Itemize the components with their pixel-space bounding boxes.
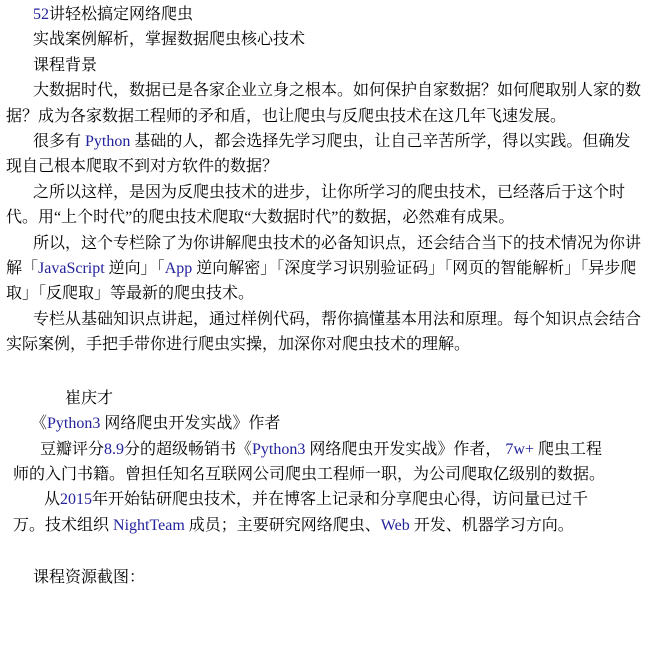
section-heading-course-resources: 课程资源截图： [6,565,644,590]
author-bio-paragraph-1: 豆瓣评分8.9分的超级畅销书《Python3 网络爬虫开发实战》作者， 7w+ … [13,437,616,488]
text-run: 之所以这样，是因为反爬虫技术的进步，让你所学习的爬虫技术，已经落后于这个时代。用… [6,184,625,226]
text-run: NightTeam [113,517,185,534]
document-page: 52讲轻松搞定网络爬虫 实战案例解析，掌握数据爬虫核心技术 课程背景 大数据时代… [0,0,650,591]
text-run: 实战案例解析，掌握数据爬虫核心技术 [33,31,305,48]
text-run: 很多有 [33,133,85,150]
text-run: 52 [33,6,49,23]
text-run: 大数据时代，数据已是各家企业立身之根本。如何保护自家数据？如何爬取别人家的数据？… [6,82,641,124]
author-bio-paragraph-2: 从2015年开始钻研爬虫技术，并在博客上记录和分享爬虫心得，访问量已过千万。技术… [13,487,616,538]
course-title: 52讲轻松搞定网络爬虫 [6,2,644,27]
text-run: Python [85,133,130,150]
text-run: App [165,260,193,277]
text-run: 网络爬虫开发实战》作者， [305,441,505,458]
paragraph-column-topics: 所以，这个专栏除了为你讲解爬虫技术的必备知识点，还会结合当下的技术情况为你讲解「… [6,231,644,307]
paragraph-outdated-tech: 之所以这样，是因为反爬虫技术的进步，让你所学习的爬虫技术，已经落后于这个时代。用… [6,180,644,231]
author-name: 崔庆才 [13,386,616,411]
text-run: 崔庆才 [65,390,113,407]
text-run: 7w+ [505,441,534,458]
text-run: 分的超级畅销书《 [124,441,252,458]
section-heading-course-background: 课程背景 [6,53,644,78]
paragraph-intro: 大数据时代，数据已是各家企业立身之根本。如何保护自家数据？如何爬取别人家的数据？… [6,78,644,129]
text-run: Python3 [252,441,305,458]
course-subtitle: 实战案例解析，掌握数据爬虫核心技术 [6,27,644,52]
text-run: 成员；主要研究网络爬虫、 [185,517,381,534]
text-run: 课程资源截图： [33,569,145,586]
text-run: JavaScript [38,260,105,277]
text-run: 《 [31,415,47,432]
text-run: 豆瓣评分 [40,441,104,458]
text-run: 2015 [60,491,92,508]
text-run: 开发、机器学习方向。 [410,517,574,534]
text-run: 8.9 [104,441,124,458]
text-run: 专栏从基础知识点讲起，通过样例代码，帮你搞懂基本用法和原理。每个知识点会结合实际… [6,311,641,353]
paragraph-column-method: 专栏从基础知识点讲起，通过样例代码，帮你搞懂基本用法和原理。每个知识点会结合实际… [6,307,644,358]
text-run: 逆向」「 [105,260,165,277]
text-run: Python3 [47,415,100,432]
paragraph-python-learners: 很多有 Python 基础的人，都会选择先学习爬虫，让自己辛苦所学，得以实践。但… [6,129,644,180]
text-run: 课程背景 [33,57,97,74]
author-section: 崔庆才 《Python3 网络爬虫开发实战》作者 豆瓣评分8.9分的超级畅销书《… [13,386,616,538]
author-book-title: 《Python3 网络爬虫开发实战》作者 [13,411,616,436]
text-run: 从 [44,491,60,508]
text-run: 网络爬虫开发实战》作者 [100,415,280,432]
text-run: Web [381,517,410,534]
text-run: 讲轻松搞定网络爬虫 [49,6,193,23]
